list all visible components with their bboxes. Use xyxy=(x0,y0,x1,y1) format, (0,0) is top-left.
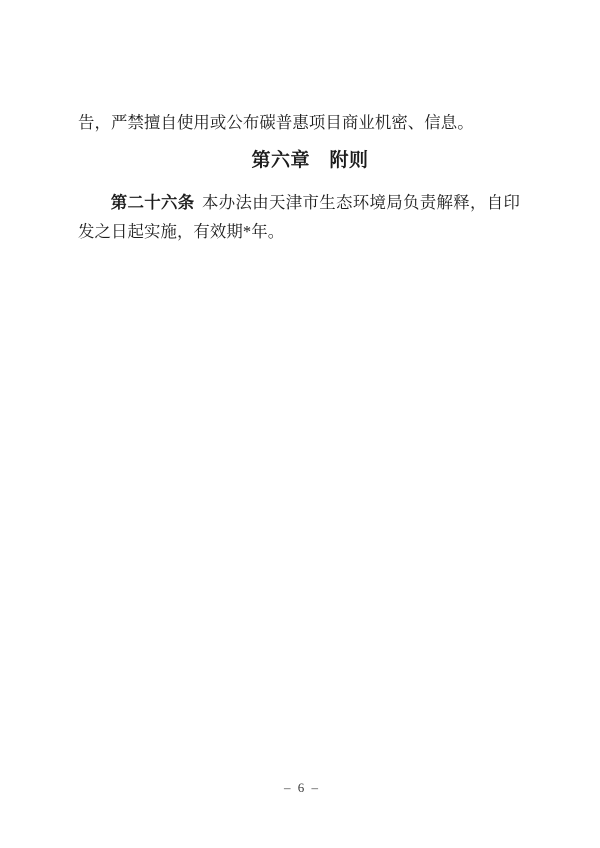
page-number: – 6 – xyxy=(0,780,600,796)
page-body: 告，严禁擅自使用或公布碳普惠项目商业机密、信息。 第六章 附则 第二十六条本办法… xyxy=(78,108,520,246)
chapter-heading: 第六章 附则 xyxy=(89,146,531,175)
article-paragraph: 第二十六条本办法由天津市生态环境局负责解释，自印发之日起实施，有效期*年。 xyxy=(78,188,520,246)
document-page: 告，严禁擅自使用或公布碳普惠项目商业机密、信息。 第六章 附则 第二十六条本办法… xyxy=(0,0,600,848)
article-number: 第二十六条 xyxy=(111,193,195,212)
continued-paragraph-text: 告，严禁擅自使用或公布碳普惠项目商业机密、信息。 xyxy=(78,108,520,137)
